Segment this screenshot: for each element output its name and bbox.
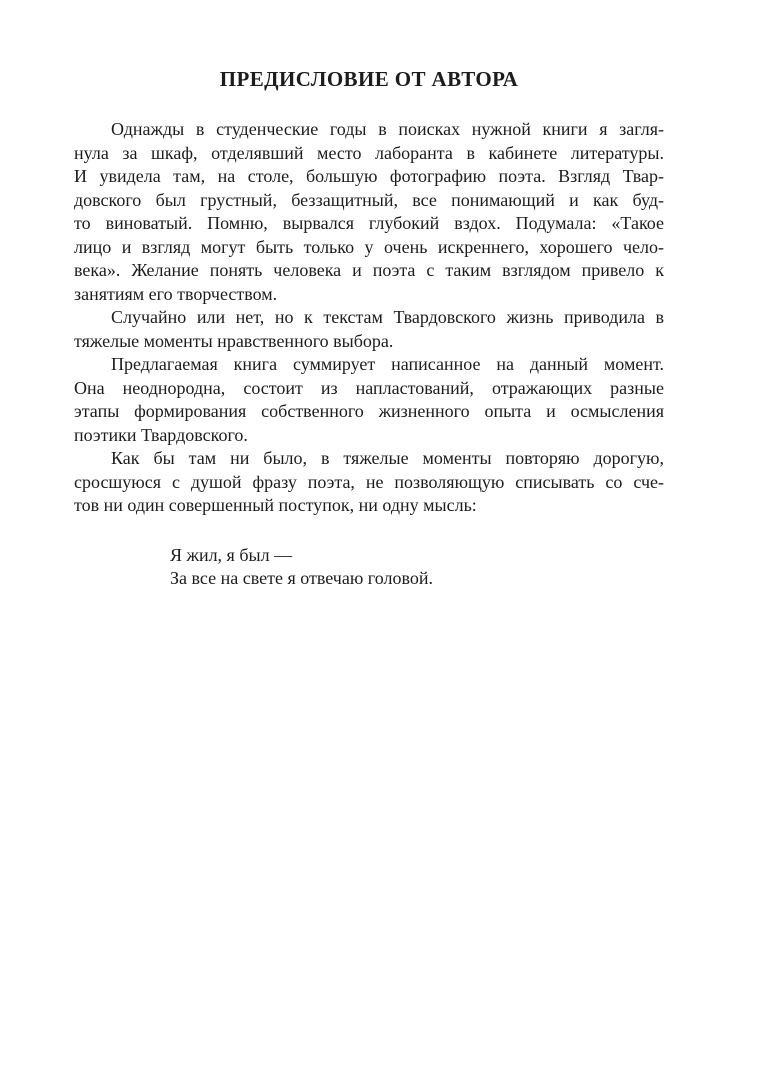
text-line: то виноватый. Помню, вырвался глубокий в… (74, 212, 664, 236)
text-line: занятиям его творчеством. (74, 283, 664, 307)
paragraph: Как бы там ни было, в тяжелые моменты по… (74, 447, 664, 518)
body-text: Однажды в студенческие годы в поисках ну… (74, 118, 664, 518)
text-line: Она неоднородна, состоит из напластовани… (74, 377, 664, 401)
text-line: Однажды в студенческие годы в поисках ну… (74, 118, 664, 142)
paragraph: Случайно или нет, но к текстам Твардовск… (74, 306, 664, 353)
book-page: ПРЕДИСЛОВИЕ ОТ АВТОРА Однажды в студенче… (0, 0, 758, 1080)
text-line: Случайно или нет, но к текстам Твардовск… (74, 306, 664, 330)
text-line: этапы формирования собственного жизненно… (74, 400, 664, 424)
text-line: сросшуюся с душой фразу поэта, не позвол… (74, 471, 664, 495)
text-line: тов ни один совершенный поступок, ни одн… (74, 494, 664, 518)
text-line: Как бы там ни было, в тяжелые моменты по… (74, 447, 664, 471)
text-line: поэтики Твардовского. (74, 424, 664, 448)
page-title: ПРЕДИСЛОВИЕ ОТ АВТОРА (74, 64, 664, 94)
text-line: века». Желание понять человека и поэта с… (74, 259, 664, 283)
verse-block: Я жил, я был —За все на свете я отвечаю … (74, 544, 664, 591)
paragraph: Однажды в студенческие годы в поисках ну… (74, 118, 664, 306)
text-line: довского был грустный, беззащитный, все … (74, 189, 664, 213)
text-line: И увидела там, на столе, большую фотогра… (74, 165, 664, 189)
text-line: нула за шкаф, отделявший место лаборанта… (74, 142, 664, 166)
text-line: тяжелые моменты нравственного выбора. (74, 330, 664, 354)
verse-line: За все на свете я отвечаю головой. (170, 567, 664, 591)
verse-line: Я жил, я был — (170, 544, 664, 568)
text-line: лицо и взгляд могут быть только у очень … (74, 236, 664, 260)
text-line: Предлагаемая книга суммирует написанное … (74, 353, 664, 377)
paragraph: Предлагаемая книга суммирует написанное … (74, 353, 664, 447)
